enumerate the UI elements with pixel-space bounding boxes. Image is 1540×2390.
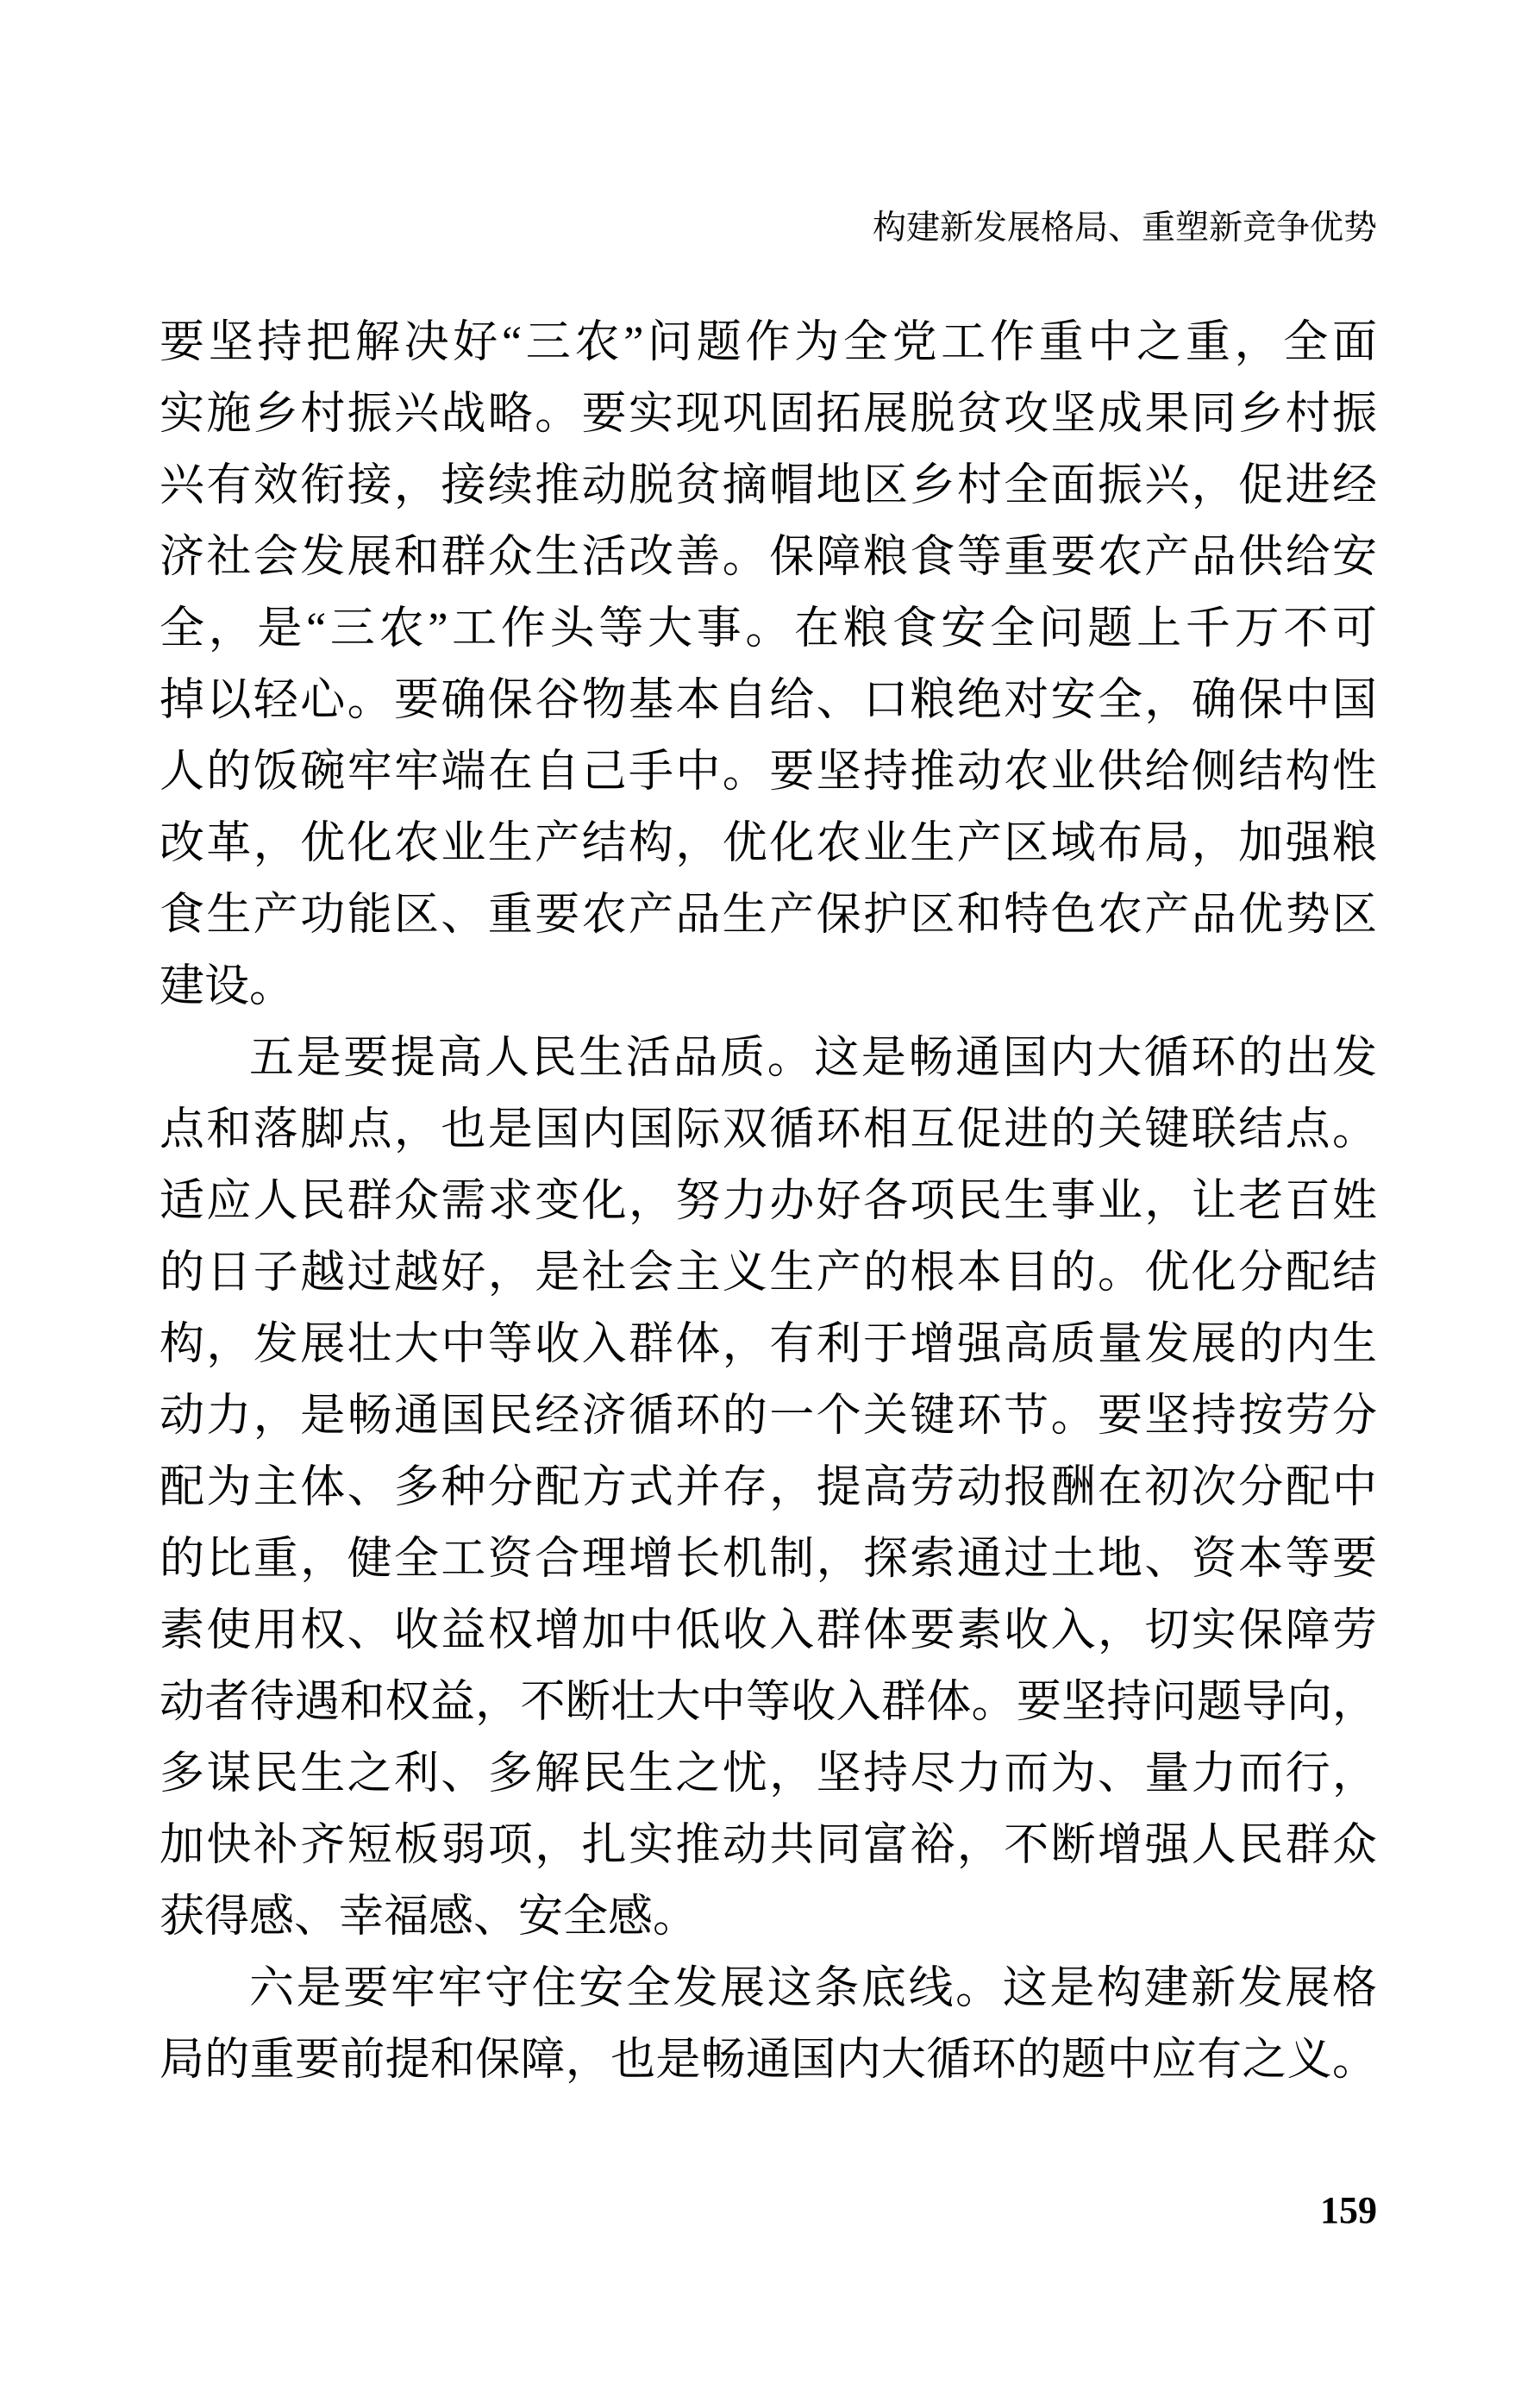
text-line: 济社会发展和群众生活改善。保障粮食等重要农产品供给安 bbox=[160, 522, 1377, 593]
text-line: 配为主体、多种分配方式并存，提高劳动报酬在初次分配中 bbox=[160, 1452, 1377, 1523]
text-line: 素使用权、收益权增加中低收入群体要素收入，切实保障劳 bbox=[160, 1595, 1377, 1667]
page-number: 159 bbox=[160, 2188, 1377, 2232]
text-line: 局的重要前提和保障，也是畅通国内大循环的题中应有之义。 bbox=[160, 2024, 1377, 2096]
text-line: 掉以轻心。要确保谷物基本自给、口粮绝对安全，确保中国 bbox=[160, 665, 1377, 736]
text-line: 六是要牢牢守住安全发展这条底线。这是构建新发展格 bbox=[160, 1953, 1377, 2024]
text-line: 食生产功能区、重要农产品生产保护区和特色农产品优势区 bbox=[160, 879, 1377, 951]
text-line: 的比重，健全工资合理增长机制，探索通过土地、资本等要 bbox=[160, 1523, 1377, 1595]
text-line: 点和落脚点，也是国内国际双循环相互促进的关键联结点。 bbox=[160, 1094, 1377, 1166]
book-page: 构建新发展格局、重塑新竞争优势 要坚持把解决好“三农”问题作为全党工作重中之重，… bbox=[0, 0, 1540, 2390]
text-line: 五是要提高人民生活品质。这是畅通国内大循环的出发 bbox=[160, 1023, 1377, 1094]
text-line: 全，是“三农”工作头等大事。在粮食安全问题上千万不可 bbox=[160, 593, 1377, 665]
text-line: 兴有效衔接，接续推动脱贫摘帽地区乡村全面振兴，促进经 bbox=[160, 450, 1377, 522]
text-line: 加快补齐短板弱项，扎实推动共同富裕，不断增强人民群众 bbox=[160, 1810, 1377, 1881]
text-line: 多谋民生之利、多解民生之忧，坚持尽力而为、量力而行， bbox=[160, 1738, 1377, 1810]
text-line: 建设。 bbox=[160, 951, 1377, 1023]
text-line: 构，发展壮大中等收入群体，有利于增强高质量发展的内生 bbox=[160, 1309, 1377, 1380]
text-line: 动力，是畅通国民经济循环的一个关键环节。要坚持按劳分 bbox=[160, 1380, 1377, 1452]
text-line: 人的饭碗牢牢端在自己手中。要坚持推动农业供给侧结构性 bbox=[160, 736, 1377, 808]
text-line: 获得感、幸福感、安全感。 bbox=[160, 1881, 1377, 1953]
text-line: 实施乡村振兴战略。要实现巩固拓展脱贫攻坚成果同乡村振 bbox=[160, 379, 1377, 450]
text-line: 动者待遇和权益，不断壮大中等收入群体。要坚持问题导向， bbox=[160, 1667, 1377, 1738]
text-line: 适应人民群众需求变化，努力办好各项民生事业，让老百姓 bbox=[160, 1166, 1377, 1237]
text-line: 的日子越过越好，是社会主义生产的根本目的。优化分配结 bbox=[160, 1237, 1377, 1309]
running-header: 构建新发展格局、重塑新竞争优势 bbox=[160, 207, 1377, 250]
text-line: 改革，优化农业生产结构，优化农业生产区域布局，加强粮 bbox=[160, 808, 1377, 879]
body-text: 要坚持把解决好“三农”问题作为全党工作重中之重，全面实施乡村振兴战略。要实现巩固… bbox=[160, 307, 1377, 2096]
text-line: 要坚持把解决好“三农”问题作为全党工作重中之重，全面 bbox=[160, 307, 1377, 379]
